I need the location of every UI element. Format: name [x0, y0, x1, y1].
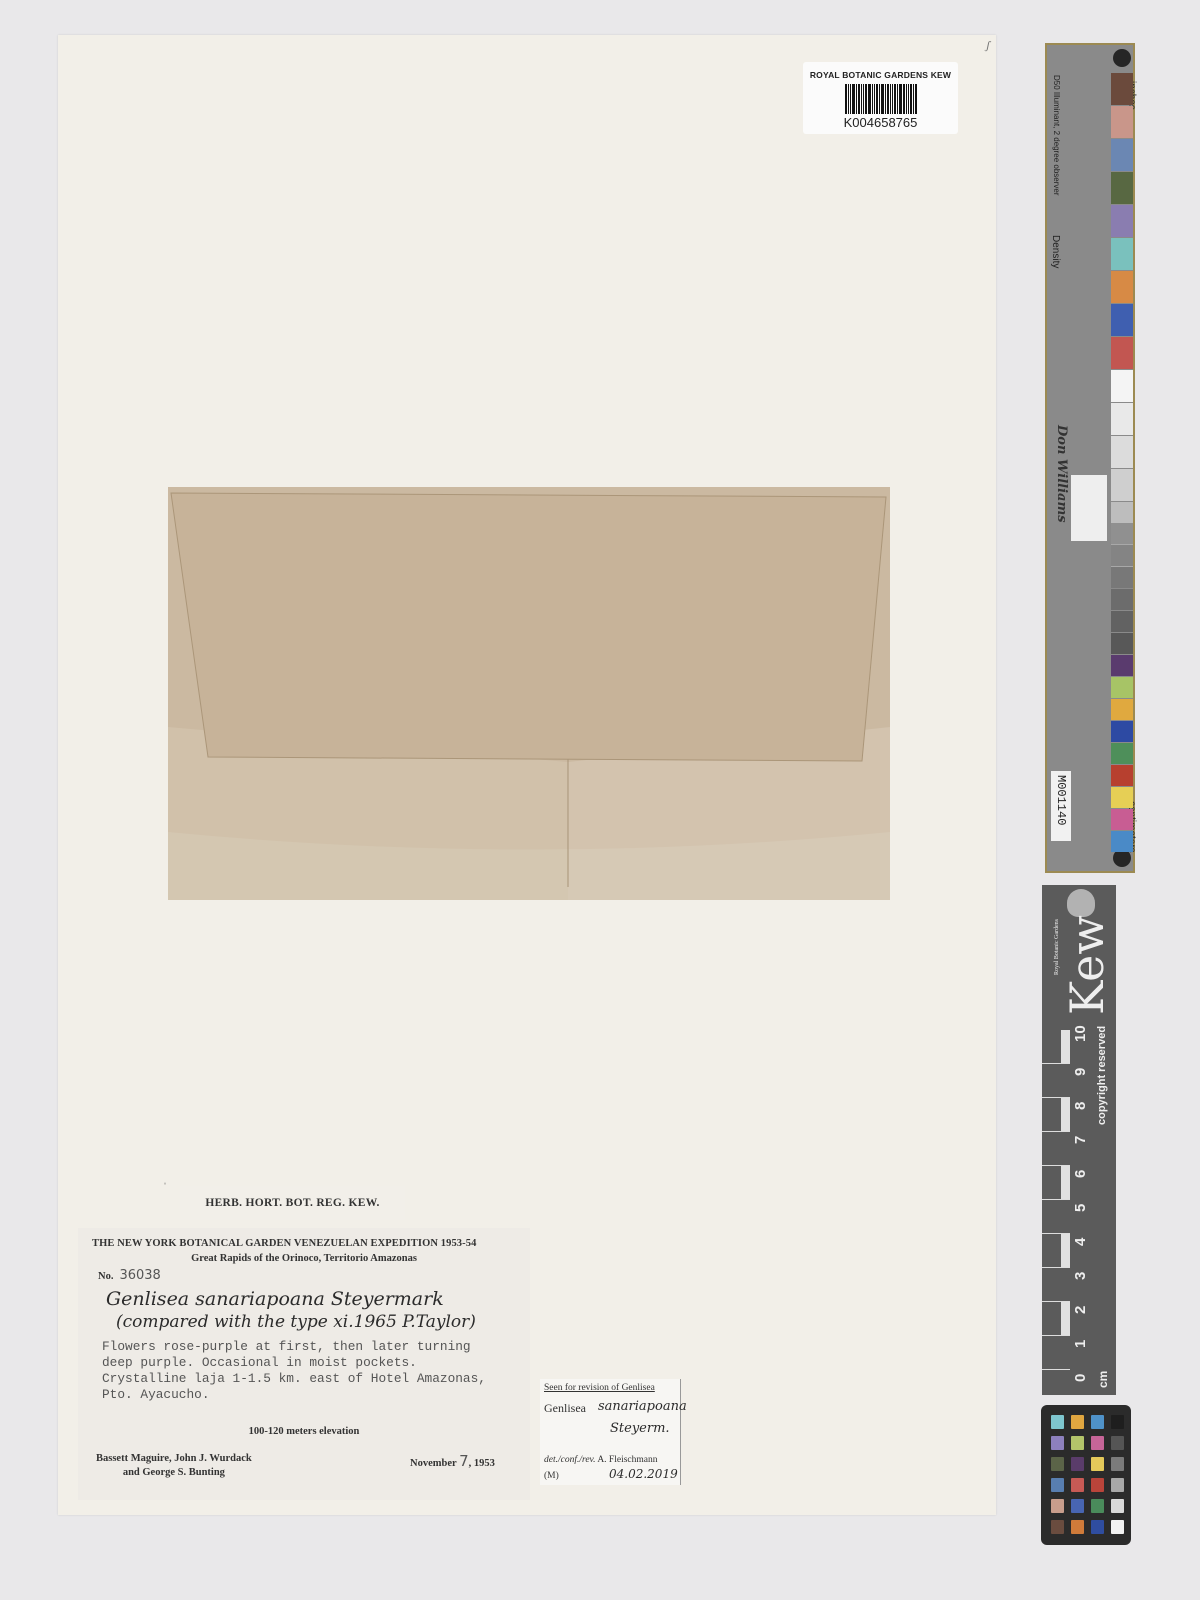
barcode-label: ROYAL BOTANIC GARDENS KEW K004658765 [803, 62, 958, 134]
checker-swatch [1091, 1520, 1104, 1534]
checker-swatch [1051, 1457, 1064, 1471]
color-patch [1111, 238, 1133, 270]
color-patch [1111, 567, 1133, 588]
determination-note: (compared with the type xi.1965 P.Taylor… [116, 1312, 476, 1332]
scale-number: 7 [1072, 1136, 1089, 1144]
color-patch [1111, 73, 1133, 105]
color-patch [1111, 655, 1133, 676]
scale-cell [1042, 1098, 1070, 1132]
scale-cell [1042, 1302, 1070, 1336]
label-locality: Great Rapids of the Orinoco, Territorio … [78, 1253, 530, 1264]
color-patch [1111, 611, 1133, 632]
color-patch [1111, 633, 1133, 654]
scale-number: 2 [1072, 1306, 1089, 1314]
date-month: November [410, 1458, 456, 1469]
revision-date: 04.02.2019 [609, 1467, 678, 1481]
elevation: 100-120 meters elevation [78, 1426, 530, 1437]
checker-swatch [1071, 1478, 1084, 1492]
determination-name: Genlisea sanariapoana Steyermark [106, 1288, 444, 1310]
collectors: Bassett Maguire, John J. Wurdack and Geo… [96, 1452, 252, 1480]
checker-swatch [1091, 1499, 1104, 1513]
color-patch [1111, 787, 1133, 808]
hole-icon [1113, 49, 1131, 67]
scale-number: 4 [1072, 1238, 1089, 1246]
checker-swatch [1091, 1436, 1104, 1450]
date-day: 7 [459, 1452, 469, 1470]
scale-cell [1042, 1132, 1070, 1166]
checker-swatch [1071, 1499, 1084, 1513]
kew-scale-ticks [1042, 1030, 1070, 1380]
scale-number: 3 [1072, 1272, 1089, 1280]
pencil-mark: ˈ [163, 1180, 167, 1195]
revision-determiner: det./conf./rev. A. Fleischmann [544, 1455, 657, 1465]
color-patch [1111, 809, 1133, 830]
det-prefix: det./conf./rev. [544, 1455, 595, 1465]
label-title: THE NEW YORK BOTANICAL GARDEN VENEZUELAN… [92, 1238, 476, 1249]
color-patch [1111, 106, 1133, 138]
checker-swatch [1111, 1457, 1124, 1471]
checker-swatch [1111, 1478, 1124, 1492]
color-patch [1111, 523, 1133, 544]
checker-swatch [1091, 1415, 1104, 1429]
checker-swatch [1111, 1520, 1124, 1534]
determiner-name: A. Fleischmann [597, 1455, 657, 1465]
scale-number: 5 [1072, 1204, 1089, 1212]
checker-swatch [1051, 1499, 1064, 1513]
number-value: 36038 [119, 1268, 160, 1283]
color-patch [1111, 370, 1133, 402]
scale-cell [1042, 1200, 1070, 1234]
color-patch [1111, 699, 1133, 720]
checker-swatch [1091, 1478, 1104, 1492]
checker-swatch [1051, 1415, 1064, 1429]
barcode-institution: ROYAL BOTANIC GARDENS KEW [803, 70, 958, 80]
scale-number: 6 [1072, 1170, 1089, 1178]
color-patch [1111, 721, 1133, 742]
revision-label: Seen for revision of Genlisea Genlisea s… [540, 1379, 681, 1485]
checker-swatch [1071, 1457, 1084, 1471]
scale-cell [1042, 1234, 1070, 1268]
collectors-line-2: and George S. Bunting [96, 1466, 252, 1480]
color-patch [1111, 831, 1133, 852]
scale-number: 0 [1072, 1374, 1089, 1382]
checker-swatch [1071, 1415, 1084, 1429]
color-patch [1111, 677, 1133, 698]
kew-logo: Kew [1060, 915, 1114, 1015]
revision-species: sanariapoana [598, 1399, 687, 1414]
field-notes: Flowers rose-purple at first, then later… [102, 1339, 522, 1403]
checker-swatch [1051, 1436, 1064, 1450]
ruler-code-text: M001140 [1054, 775, 1068, 825]
ruler-density-label: Density [1050, 235, 1061, 268]
color-patch [1111, 545, 1133, 566]
color-patch [1111, 436, 1133, 468]
color-patch [1111, 743, 1133, 764]
checker-swatch [1111, 1415, 1124, 1429]
kew-copyright: copyright reserved [1096, 1026, 1108, 1125]
color-patch [1111, 337, 1133, 369]
color-patch [1111, 139, 1133, 171]
kew-subtitle: Royal Botanic Gardens [1054, 919, 1060, 975]
revision-genus: Genlisea [544, 1401, 586, 1416]
scale-cell [1042, 1030, 1070, 1064]
revision-author: Steyerm. [610, 1421, 670, 1436]
scale-cell [1042, 1166, 1070, 1200]
color-checker [1041, 1405, 1131, 1545]
barcode-number: K004658765 [803, 115, 958, 130]
scale-cell [1042, 1336, 1070, 1370]
collection-number: No.36038 [98, 1268, 161, 1283]
checker-swatch [1071, 1520, 1084, 1534]
checker-swatch [1071, 1436, 1084, 1450]
color-patch [1111, 304, 1133, 336]
color-patch [1111, 589, 1133, 610]
scale-number: 8 [1072, 1102, 1089, 1110]
revision-herbarium: (M) [544, 1471, 559, 1481]
kew-unit: cm [1096, 1371, 1110, 1388]
checker-swatch [1111, 1499, 1124, 1513]
checker-swatch [1091, 1457, 1104, 1471]
color-patch [1111, 469, 1133, 501]
kew-crest-icon [1067, 889, 1095, 917]
herbarium-stamp: HERB. HORT. BOT. REG. KEW. [180, 1186, 405, 1220]
collection-label: THE NEW YORK BOTANICAL GARDEN VENEZUELAN… [78, 1228, 530, 1500]
color-patch [1111, 271, 1133, 303]
specimen-envelope [168, 487, 890, 900]
color-patch [1111, 205, 1133, 237]
ruler-brand: Don Williams [1054, 425, 1069, 523]
checker-swatch [1051, 1478, 1064, 1492]
scale-number: 10 [1072, 1025, 1089, 1042]
scale-number: 1 [1072, 1340, 1089, 1348]
date-year: , 1953 [469, 1458, 495, 1469]
ruler-side-label: D50 Illuminant, 2 degree observer [1052, 75, 1061, 196]
number-label: No. [98, 1271, 113, 1282]
ruler-target [1071, 475, 1107, 541]
kew-scale-bar: Kew Royal Botanic Gardens copyright rese… [1042, 885, 1116, 1395]
scale-number: 9 [1072, 1068, 1089, 1076]
revision-heading: Seen for revision of Genlisea [544, 1383, 655, 1393]
color-patch [1111, 172, 1133, 204]
scale-cell [1042, 1064, 1070, 1098]
color-patch [1111, 765, 1133, 786]
barcode-icon [831, 84, 931, 114]
collectors-line-1: Bassett Maguire, John J. Wurdack [96, 1452, 252, 1466]
checker-swatch [1051, 1520, 1064, 1534]
color-ruler: D50 Illuminant, 2 degree observer Densit… [1045, 43, 1135, 873]
collection-date: November 7, 1953 [410, 1452, 495, 1470]
checker-swatch [1111, 1436, 1124, 1450]
scale-cell [1042, 1268, 1070, 1302]
color-patch [1111, 403, 1133, 435]
ruler-code: M001140 [1051, 771, 1071, 841]
